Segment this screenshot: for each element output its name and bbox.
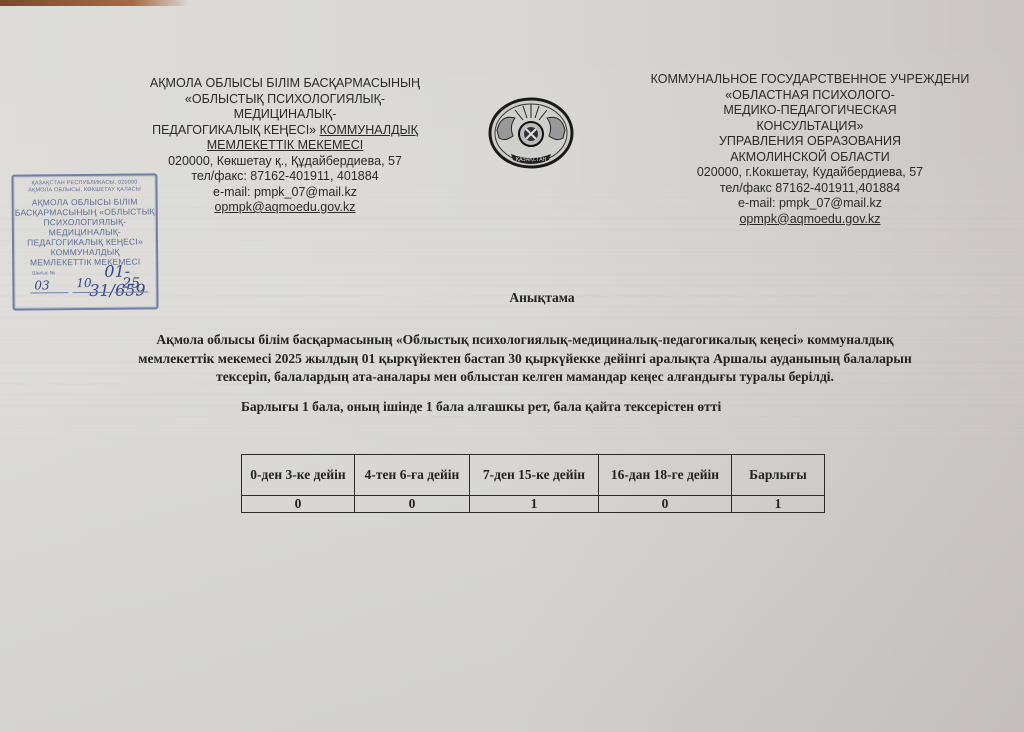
stamp-line: БАСҚАРМАСЫНЫҢ «ОБЛЫСТЫҚ (14, 206, 156, 217)
column-header: 16-дан 18-ге дейін (599, 455, 732, 496)
column-header: Барлығы (732, 455, 825, 496)
letterhead-address: 020000, г.Кокшетау, Кудайбердиева, 57 (645, 165, 975, 181)
letterhead-kazakh: АҚМОЛА ОБЛЫСЫ БІЛІМ БАСҚАРМАСЫНЫҢ «ОБЛЫС… (115, 76, 455, 216)
table-cell: 1 (470, 496, 599, 513)
table-cell: 1 (732, 496, 825, 513)
svg-text:ҚАЗАҚСТАН: ҚАЗАҚСТАН (516, 157, 547, 163)
letterhead-email-link[interactable]: opmpk@aqmoedu.gov.kz (645, 212, 975, 228)
table-cell: 0 (599, 496, 732, 513)
letterhead-email-link[interactable]: opmpk@aqmoedu.gov.kz (115, 200, 455, 216)
column-header: 0-ден 3-ке дейін (242, 455, 355, 496)
letterhead-line: «ОБЛЫСТЫҚ ПСИХОЛОГИЯЛЫҚ- (115, 92, 455, 108)
letterhead-line: АҚМОЛА ОБЛЫСЫ БІЛІМ БАСҚАРМАСЫНЫҢ (115, 76, 455, 92)
letterhead-phone: тел/факс 87162-401911,401884 (645, 181, 975, 197)
column-header: 4-тен 6-ға дейін (355, 455, 470, 496)
letterhead-line: ПЕДАГОГИКАЛЫҚ КЕҢЕСІ» КОММУНАЛДЫҚ (115, 123, 455, 139)
stamp-body: АҚМОЛА ОБЛЫСЫ БІЛІМ БАСҚАРМАСЫНЫҢ «ОБЛЫС… (14, 196, 157, 267)
document-summary: Барлығы 1 бала, оның ішінде 1 бала алғаш… (241, 399, 721, 415)
table-cell: 0 (242, 496, 355, 513)
paper-sheet: АҚМОЛА ОБЛЫСЫ БІЛІМ БАСҚАРМАСЫНЫҢ «ОБЛЫС… (0, 0, 1024, 732)
letterhead-underlined: КОММУНАЛДЫҚ (320, 123, 418, 137)
letterhead-line: КОНСУЛЬТАЦИЯ» (645, 119, 975, 135)
age-statistics-table: 0-ден 3-ке дейін 4-тен 6-ға дейін 7-ден … (241, 454, 825, 513)
stamp-date-month: 10 (76, 276, 91, 290)
table-cell: 0 (355, 496, 470, 513)
letterhead-line: УПРАВЛЕНИЯ ОБРАЗОВАНИЯ (645, 134, 975, 150)
letterhead-line: АКМОЛИНСКОЙ ОБЛАСТИ (645, 150, 975, 166)
document-paragraph: Ақмола облысы білім басқармасының «Облыс… (130, 331, 920, 387)
letterhead-phone: тел/факс: 87162-401911, 401884 (115, 169, 455, 185)
letterhead-line: МЕМЛЕКЕТТІК МЕКЕМЕСІ (115, 138, 455, 154)
stamp-outgoing-label: Шығыс № (32, 270, 55, 276)
table-header-row: 0-ден 3-ке дейін 4-тен 6-ға дейін 7-ден … (242, 455, 825, 496)
column-header: 7-ден 15-ке дейін (470, 455, 599, 496)
document-title: Анықтама (0, 290, 1024, 306)
kazakhstan-state-emblem-icon: ҚАЗАҚСТАН (487, 96, 575, 172)
letterhead-text: ПЕДАГОГИКАЛЫҚ КЕҢЕСІ» (152, 123, 320, 137)
desk-edge (0, 0, 190, 6)
letterhead-address: 020000, Көкшетау қ., Құдайбердиева, 57 (115, 154, 455, 170)
table-row: 0 0 1 0 1 (242, 496, 825, 513)
letterhead-email: e-mail: pmpk_07@mail.kz (645, 196, 975, 212)
stamp-header-line: АҚМОЛА ОБЛЫСЫ, КӨКШЕТАУ ҚАЛАСЫ (14, 186, 156, 194)
stamp-header: ҚАЗАҚСТАН РЕСПУБЛИКАСЫ, 020000 АҚМОЛА ОБ… (13, 179, 155, 194)
stamp-line: ПЕДАГОГИКАЛЫҚ КЕҢЕСІ» (14, 236, 156, 247)
letterhead-line: КОММУНАЛЬНОЕ ГОСУДАРСТВЕННОЕ УЧРЕЖДЕНИ (645, 72, 975, 88)
letterhead-russian: КОММУНАЛЬНОЕ ГОСУДАРСТВЕННОЕ УЧРЕЖДЕНИ «… (645, 72, 975, 227)
letterhead-line: МЕДИКО-ПЕДАГОГИЧЕСКАЯ (645, 103, 975, 119)
letterhead-line: «ОБЛАСТНАЯ ПСИХОЛОГО- (645, 88, 975, 104)
letterhead-line: МЕДИЦИНАЛЫҚ- (115, 107, 455, 123)
letterhead-email: e-mail: pmpk_07@mail.kz (115, 185, 455, 201)
